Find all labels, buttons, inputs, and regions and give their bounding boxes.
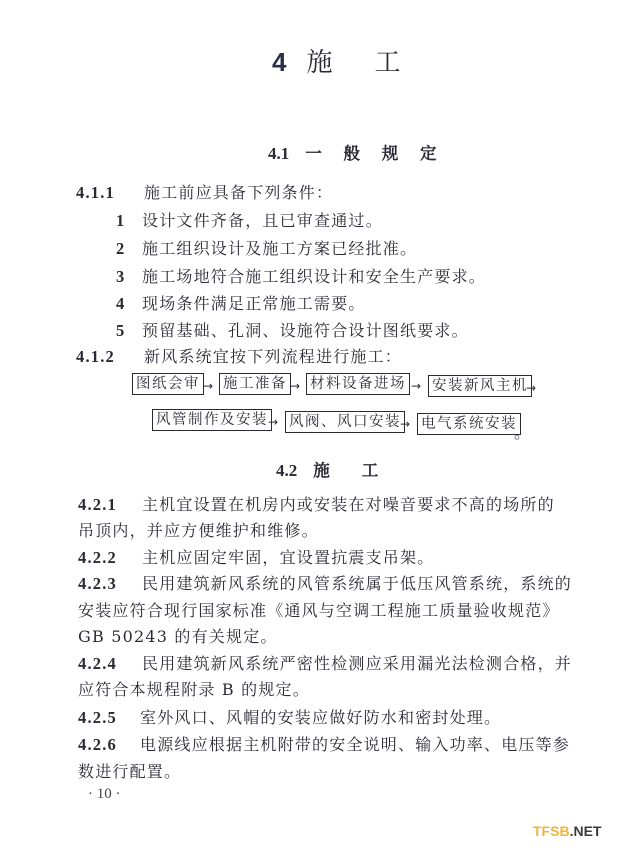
clause-4-2-2: 4.2.2主机应固定牢固，宜设置抗震支吊架。 (78, 545, 434, 568)
clause-text-line-1: 电源线应根据主机附带的安全说明、输入功率、电压等参 (140, 735, 570, 754)
watermark-part-2: .NET (570, 823, 602, 839)
item-text: 施工组织设计及施工方案已经批准。 (142, 239, 417, 258)
item-number: 3 (116, 267, 142, 287)
clause-number: 4.2.1 (78, 495, 142, 515)
section-4-1-heading: 4.1一 般 规 定 (268, 140, 444, 164)
clause-text-line-2: 吊顶内，并应方便维护和维修。 (78, 518, 319, 541)
flow-step-install-main-unit: 安装新风主机 (428, 375, 532, 397)
list-item: 5预留基础、孔洞、设施符合设计图纸要求。 (116, 318, 469, 341)
item-text: 预留基础、孔洞、设施符合设计图纸要求。 (142, 321, 469, 340)
clause-text: 新风系统宜按下列流程进行施工： (144, 347, 402, 366)
clause-number: 4.2.3 (78, 574, 142, 594)
flow-step-valve-outlet-install: 风阀、风口安装 (285, 411, 405, 433)
list-item: 2施工组织设计及施工方案已经批准。 (116, 236, 417, 259)
item-number: 5 (116, 321, 142, 341)
item-number: 4 (116, 294, 142, 314)
clause-number: 4.2.4 (78, 654, 142, 674)
arrow-right-icon: → (400, 418, 410, 430)
arrow-right-icon: → (411, 380, 421, 392)
clause-4-1-2: 4.1.2新风系统宜按下列流程进行施工： (76, 344, 402, 367)
item-number: 2 (116, 239, 142, 259)
arrow-right-icon: → (290, 380, 300, 392)
list-item: 4现场条件满足正常施工需要。 (116, 291, 366, 314)
clause-number: 4.1.2 (76, 347, 144, 367)
watermark-part-1: TFSB (533, 823, 570, 839)
chapter-title-char-2: 工 (374, 48, 400, 78)
clause-4-1-1: 4.1.1施工前应具备下列条件： (76, 180, 333, 203)
flow-step-construction-prep: 施工准备 (219, 373, 291, 395)
clause-text-line-2: 应符合本规程附录 B 的规定。 (78, 677, 310, 700)
clause-number: 4.2.2 (78, 548, 142, 568)
clause-text-line-1: 室外风口、风帽的安装应做好防水和密封处理。 (140, 708, 501, 727)
clause-4-2-6: 4.2.6电源线应根据主机附带的安全说明、输入功率、电压等参 (78, 732, 570, 755)
arrow-right-icon: → (203, 380, 213, 392)
clause-text-line-1: 民用建筑新风系统严密性检测应采用漏光法检测合格，并 (142, 654, 572, 673)
section-title: 一 般 规 定 (305, 144, 444, 163)
arrow-right-icon: → (526, 382, 536, 394)
chapter-title: 4施工 (272, 42, 401, 79)
clause-4-2-1: 4.2.1主机宜设置在机房内或安装在对噪音要求不高的场所的 (78, 492, 555, 515)
chapter-title-char-1: 施 (306, 48, 332, 78)
item-text: 设计文件齐备，且已审查通过。 (142, 211, 383, 230)
page-number: · 10 · (88, 786, 121, 803)
section-number: 4.1 (268, 144, 289, 163)
section-title-char-2: 工 (362, 461, 379, 480)
section-number: 4.2 (276, 461, 297, 480)
clause-text-line-1: 主机应固定牢固，宜设置抗震支吊架。 (142, 548, 434, 567)
item-text: 施工场地符合施工组织设计和安全生产要求。 (142, 267, 486, 286)
flow-end-mark: 。 (514, 420, 531, 443)
clause-text-line-3: GB 50243 的有关规定。 (78, 624, 278, 647)
clause-number: 4.2.5 (78, 708, 140, 728)
clause-text: 施工前应具备下列条件： (144, 183, 333, 202)
flow-step-electrical-install: 电气系统安装 (417, 413, 521, 435)
clause-text-line-1: 民用建筑新风系统的风管系统属于低压风管系统，系统的 (142, 574, 572, 593)
section-title-char-1: 施 (313, 461, 330, 480)
clause-text-line-2: 数进行配置。 (78, 759, 181, 782)
item-text: 现场条件满足正常施工需要。 (142, 294, 366, 313)
flow-step-drawing-review: 图纸会审 (132, 373, 204, 395)
arrow-right-icon: → (268, 416, 278, 428)
clause-text-line-1: 主机宜设置在机房内或安装在对噪音要求不高的场所的 (142, 495, 555, 514)
item-number: 1 (116, 211, 142, 231)
clause-4-2-4: 4.2.4民用建筑新风系统严密性检测应采用漏光法检测合格，并 (78, 651, 572, 674)
clause-number: 4.2.6 (78, 735, 140, 755)
clause-4-2-3: 4.2.3民用建筑新风系统的风管系统属于低压风管系统，系统的 (78, 571, 572, 594)
clause-number: 4.1.1 (76, 183, 144, 203)
list-item: 1设计文件齐备，且已审查通过。 (116, 208, 383, 231)
watermark-logo: TFSB.NET (533, 823, 601, 839)
section-4-2-heading: 4.2施工 (276, 457, 378, 481)
flow-step-material-entry: 材料设备进场 (306, 373, 410, 395)
chapter-number: 4 (272, 47, 286, 77)
flow-step-duct-fabrication: 风管制作及安装 (152, 409, 272, 431)
clause-4-2-5: 4.2.5室外风口、风帽的安装应做好防水和密封处理。 (78, 705, 501, 728)
clause-text-line-2: 安装应符合现行国家标准《通风与空调工程施工质量验收规范》 (78, 598, 560, 621)
list-item: 3施工场地符合施工组织设计和安全生产要求。 (116, 264, 486, 287)
